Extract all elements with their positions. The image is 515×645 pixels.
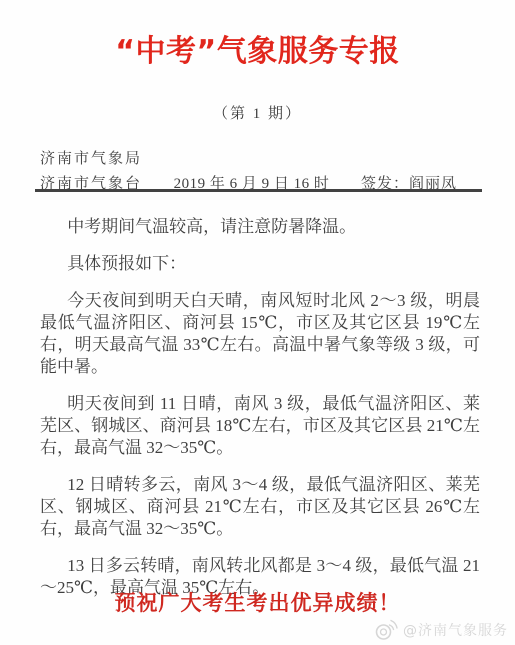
issue-number: （第 1 期） [0,102,515,123]
org-name-bureau: 济南市气象局 [40,147,142,168]
watermark: @济南气象服务 [374,618,508,641]
document-page: “中考”气象服务专报 （第 1 期） 济南市气象局 济南市气象台 2019 年 … [0,0,515,645]
forecast-intro-paragraph: 具体预报如下： [40,253,480,275]
closing-wish: 预祝广大考生考出优异成绩！ [0,587,515,617]
forecast-day1-paragraph: 今天夜间到明天白天晴，南风短时北风 2～3 级，明晨最低气温济阳区、商河县 15… [40,290,480,378]
forecast-day3-paragraph: 12 日晴转多云，南风 3～4 级，最低气温济阳区、莱芜区、钢城区、商河县 21… [40,474,480,540]
document-body: 中考期间气温较高，请注意防暑降温。 具体预报如下： 今天夜间到明天白天晴，南风短… [40,216,480,614]
header-divider [35,189,482,192]
weibo-icon [374,618,399,641]
intro-paragraph: 中考期间气温较高，请注意防暑降温。 [40,216,480,238]
forecast-day2-paragraph: 明天夜间到 11 日晴，南风 3 级，最低气温济阳区、莱芜区、钢城区、商河县 1… [40,393,480,459]
document-title: “中考”气象服务专报 [0,26,515,70]
watermark-text: @济南气象服务 [403,620,508,640]
